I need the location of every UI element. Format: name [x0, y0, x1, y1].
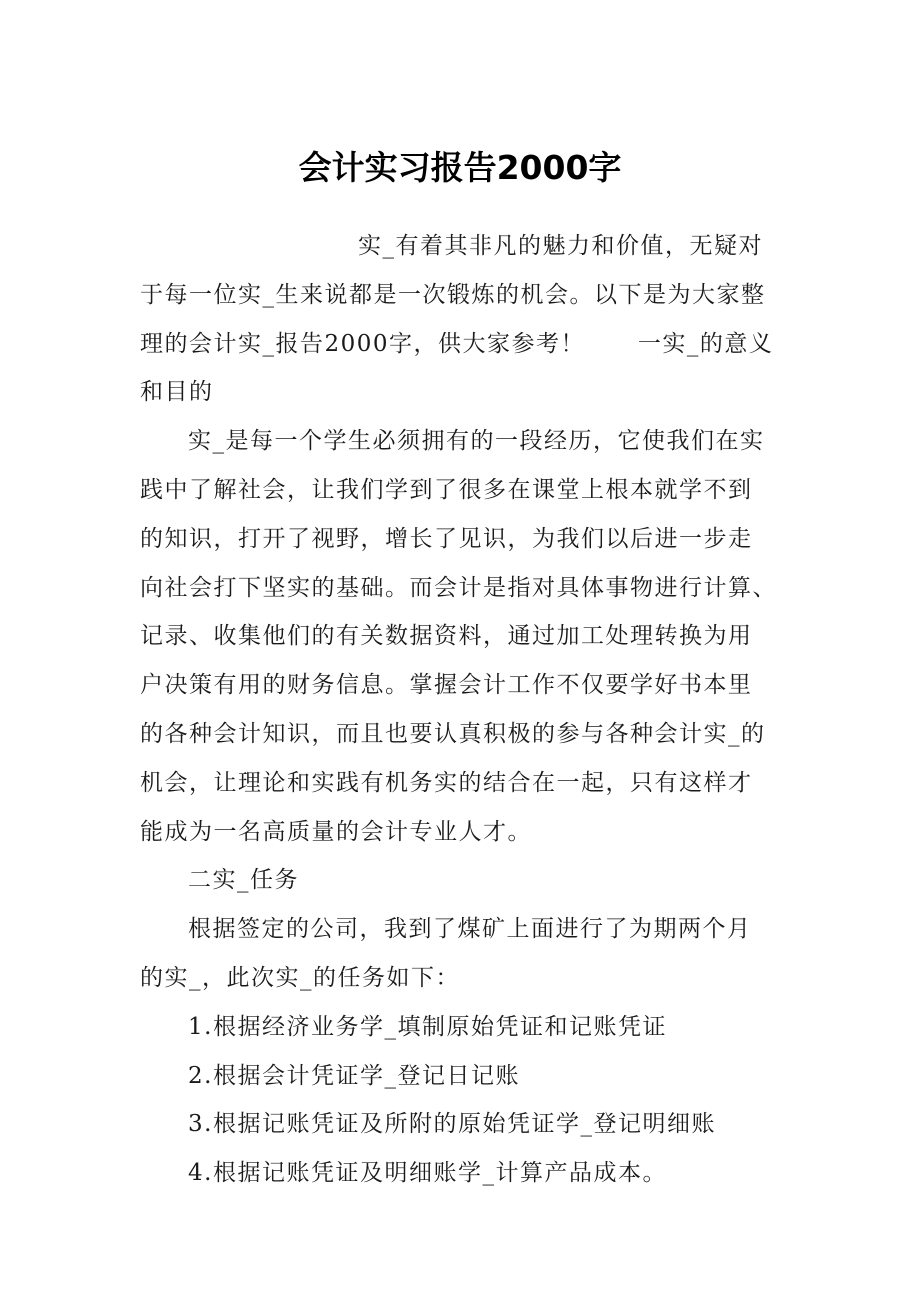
task-list-item-3: 3.根据记账凭证及所附的原始凭证学_登记明细账	[140, 1100, 780, 1149]
section-2-heading: 二实_任务	[140, 856, 780, 905]
task-list-item-1: 1.根据经济业务学_填制原始凭证和记账凭证	[140, 1003, 780, 1052]
document-title: 会计实习报告2000字	[0, 143, 920, 193]
paragraph-line: 实_是每一个学生必须拥有的一段经历，它使我们在实	[140, 417, 780, 466]
paragraph-line: 户决策有用的财务信息。掌握会计工作不仅要学好书本里	[140, 661, 780, 710]
intro-line-2: 于每一位实_生来说都是一次锻炼的机会。以下是为大家整	[140, 271, 780, 320]
paragraph-line: 的各种会计知识，而且也要认真积极的参与各种会计实_的	[140, 710, 780, 759]
paragraph-line: 能成为一名高质量的会计专业人才。	[140, 808, 780, 857]
intro-line-1: 实_有着其非凡的魅力和价值，无疑对	[140, 222, 780, 271]
paragraph-line: 的知识，打开了视野，增长了见识，为我们以后进一步走	[140, 515, 780, 564]
paragraph-line: 记录、收集他们的有关数据资料，通过加工处理转换为用	[140, 612, 780, 661]
paragraph-line: 的实_，此次实_的任务如下：	[140, 954, 780, 1003]
intro-line-3: 理的会计实_报告2000字，供大家参考！ 一实_的意义	[140, 320, 780, 369]
document-body: 实_有着其非凡的魅力和价值，无疑对 于每一位实_生来说都是一次锻炼的机会。以下是…	[140, 222, 780, 1198]
task-list-item-4: 4.根据记账凭证及明细账学_计算产品成本。	[140, 1149, 780, 1198]
paragraph-line: 践中了解社会，让我们学到了很多在课堂上根本就学不到	[140, 466, 780, 515]
paragraph-line: 机会，让理论和实践有机务实的结合在一起，只有这样才	[140, 759, 780, 808]
paragraph-line: 根据签定的公司，我到了煤矿上面进行了为期两个月	[140, 905, 780, 954]
document-page: 会计实习报告2000字 实_有着其非凡的魅力和价值，无疑对 于每一位实_生来说都…	[0, 0, 920, 1302]
task-list-item-2: 2.根据会计凭证学_登记日记账	[140, 1052, 780, 1101]
paragraph-line: 向社会打下坚实的基础。而会计是指对具体事物进行计算、	[140, 564, 780, 613]
section-1-heading-end: 和目的	[140, 368, 780, 417]
